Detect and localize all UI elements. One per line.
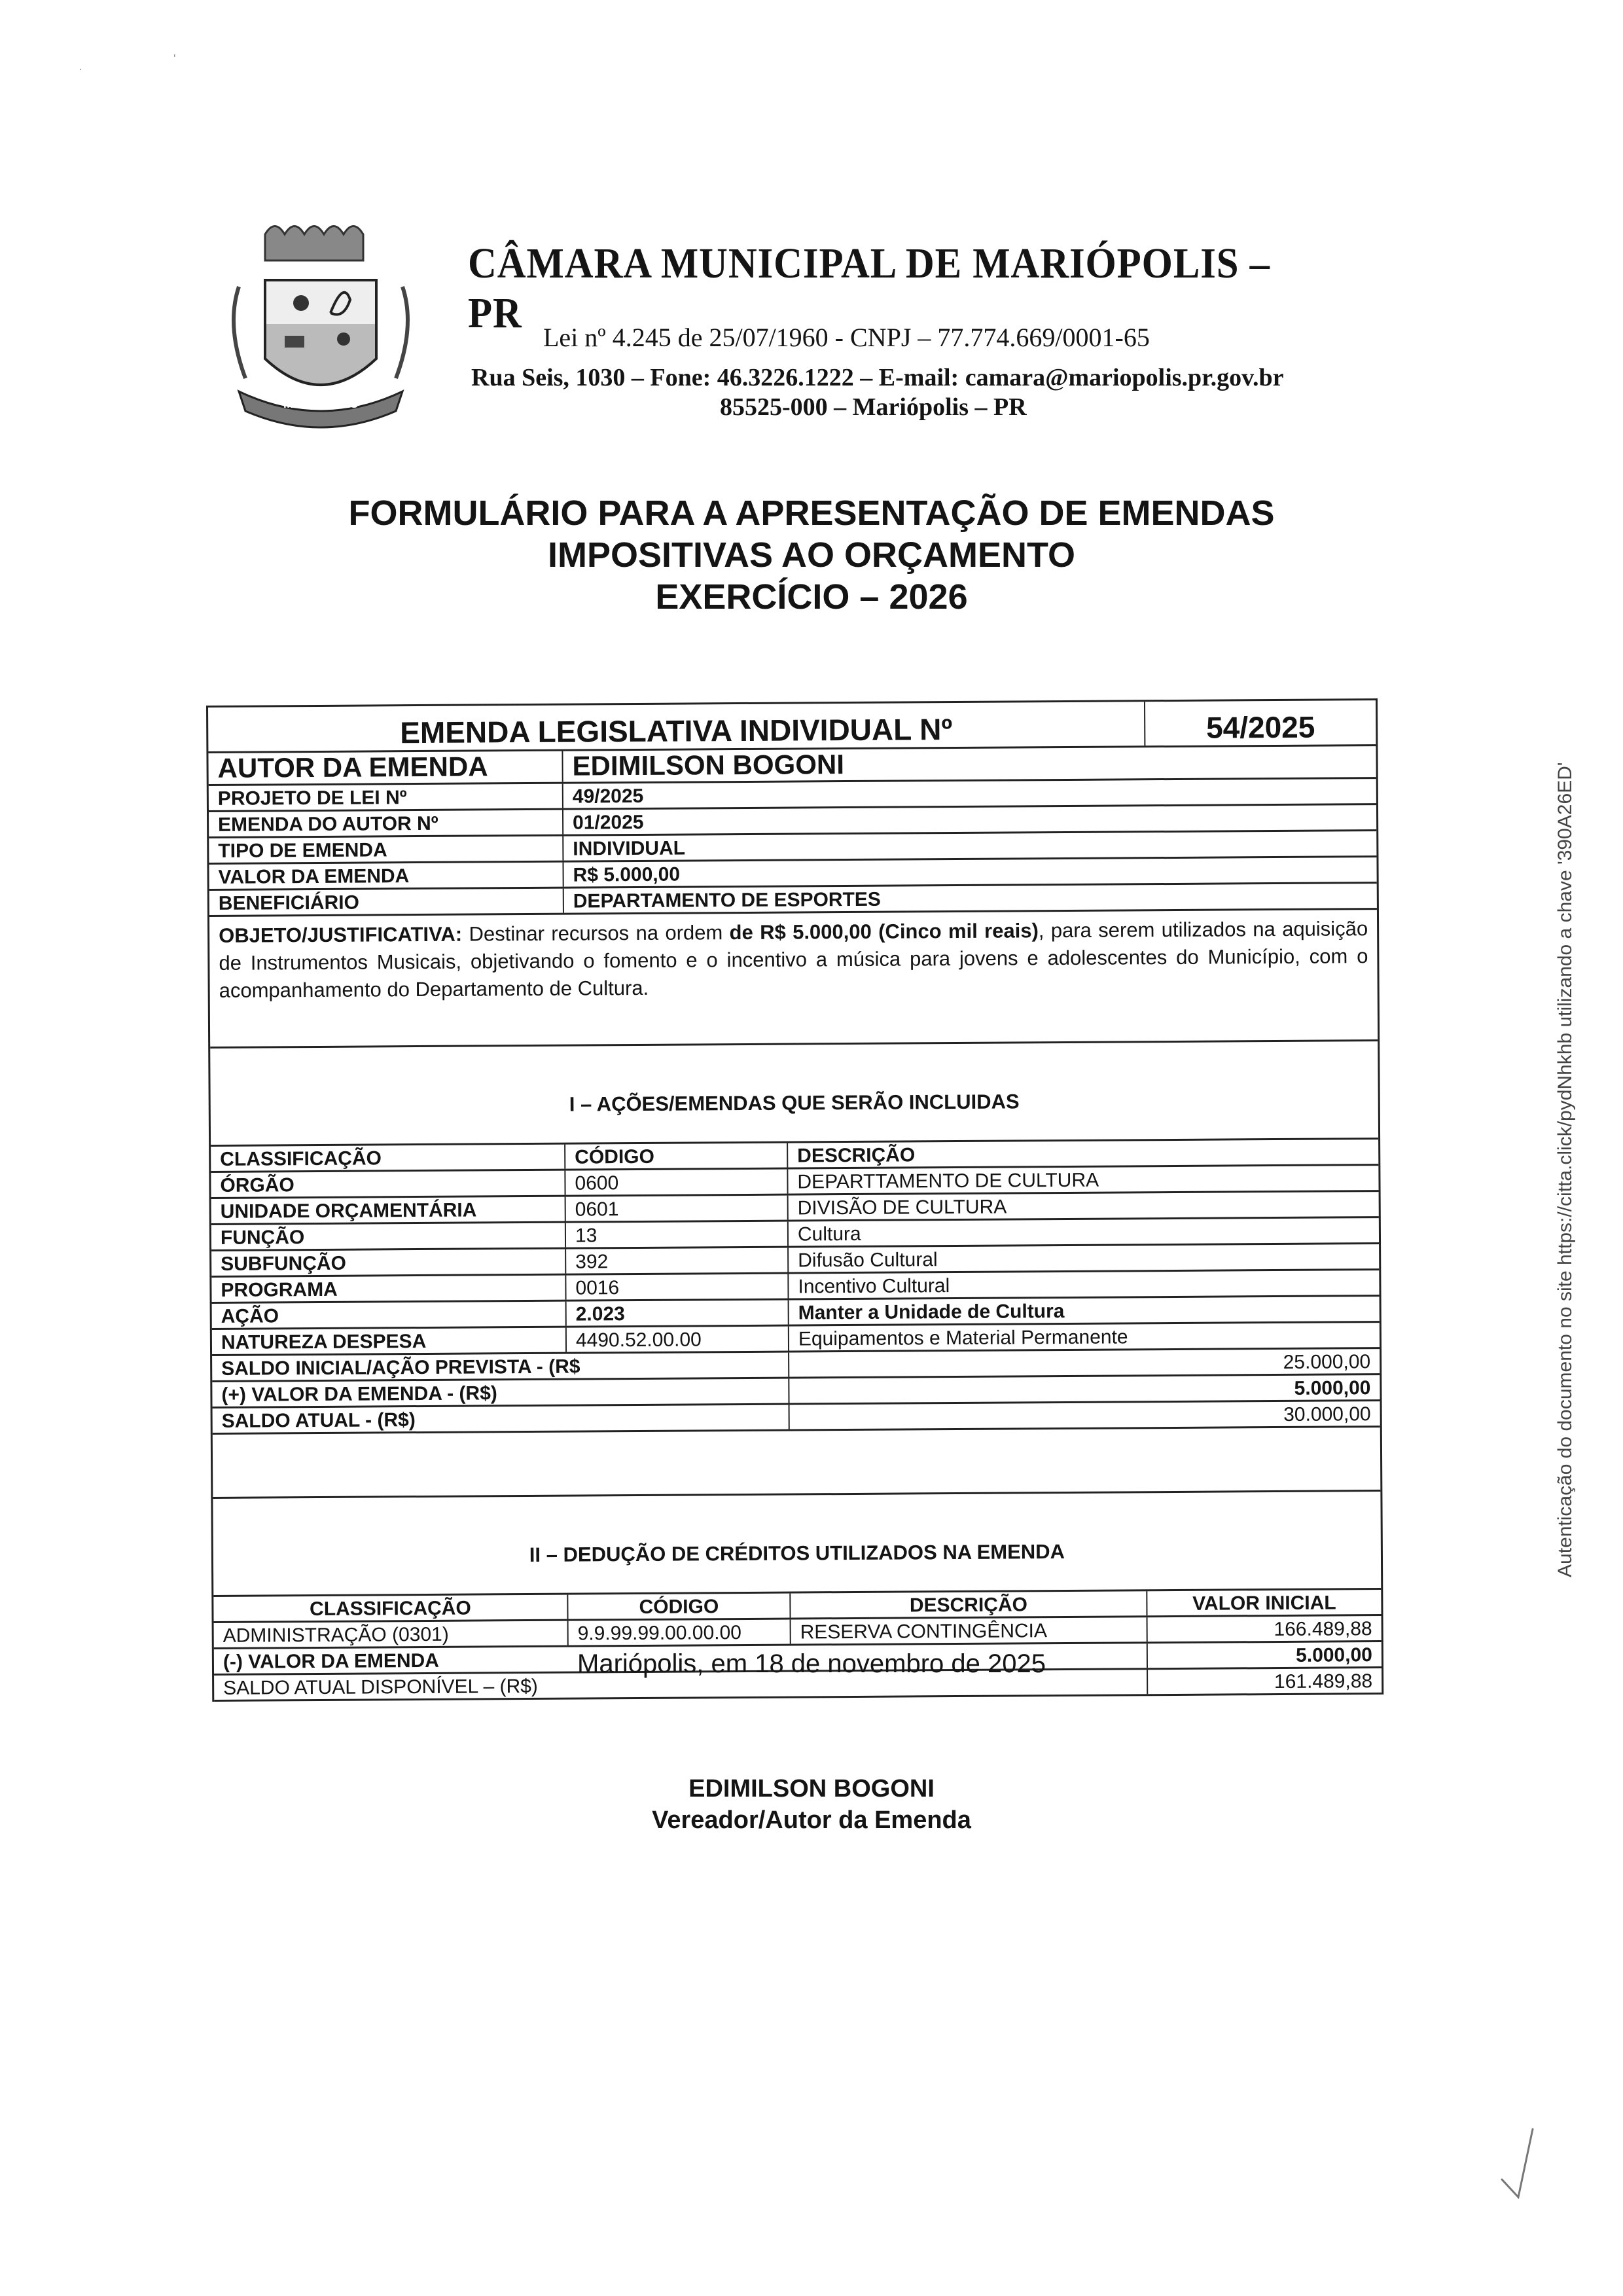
codigo-cell: 392 [565, 1248, 787, 1274]
codigo-cell: 4490.52.00.00 [565, 1327, 788, 1352]
signer-name: EDIMILSON BOGONI [196, 1775, 1427, 1803]
total-value: 25.000,00 [788, 1349, 1380, 1377]
classificacao-cell: ÓRGÃO [211, 1171, 564, 1197]
codigo-cell: 0601 [565, 1196, 787, 1221]
authentication-note: Autenticação do documento no site https:… [1554, 762, 1577, 1577]
letterhead-law-cnpj: Lei nº 4.245 de 25/07/1960 - CNPJ – 77.7… [543, 322, 1150, 353]
info-value: INDIVIDUAL [562, 831, 1376, 861]
info-value: DEPARTAMENTO DE ESPORTES [563, 884, 1377, 913]
section-2-title: II – DEDUÇÃO DE CRÉDITOS UTILIZADOS NA E… [213, 1492, 1381, 1597]
justification-amount: de R$ 5.000,00 (Cinco mil reais) [730, 919, 1039, 944]
section-2-col-valor-inicial: VALOR INICIAL [1146, 1590, 1381, 1615]
section-1-rows: ÓRGÃO0600DEPARTTAMENTO DE CULTURAUNIDADE… [211, 1166, 1380, 1356]
author-label: AUTOR DA EMENDA [208, 751, 562, 784]
codigo-cell: 0600 [564, 1170, 787, 1195]
codigo-cell: 0016 [565, 1274, 787, 1300]
classificacao-cell: FUNÇÃO [211, 1223, 565, 1249]
total-value: 30.000,00 [789, 1401, 1380, 1429]
svg-text:MARIÓPOLIS: MARIÓPOLIS [283, 397, 358, 410]
info-label: VALOR DA EMENDA [209, 863, 562, 889]
section-2-col-descricao: DESCRIÇÃO [789, 1591, 1146, 1617]
scan-speck: · [79, 62, 82, 76]
total-label: (+) VALOR DA EMENDA - (R$) [212, 1379, 788, 1407]
info-value: 49/2025 [562, 779, 1376, 808]
section-1-col-descricao: DESCRIÇÃO [787, 1139, 1378, 1168]
form-title-line-2: IMPOSITIVAS AO ORÇAMENTO [196, 534, 1427, 576]
descricao-cell: Incentivo Cultural [787, 1270, 1379, 1299]
classificacao-cell: PROGRAMA [211, 1276, 565, 1302]
letterhead-address: Rua Seis, 1030 – Fone: 46.3226.1222 – E-… [471, 363, 1283, 392]
section-1-col-classificacao: CLASSIFICAÇÃO [211, 1145, 564, 1171]
municipal-crest-icon: MARIÓPOLIS [226, 208, 416, 434]
section-2-col-classificacao: CLASSIFICAÇÃO [213, 1595, 567, 1621]
section-2-col-codigo: CÓDIGO [567, 1594, 789, 1619]
info-label: TIPO DE EMENDA [209, 836, 562, 863]
amendment-number: 54/2025 [1144, 700, 1376, 745]
info-label: BENEFICIÁRIO [209, 889, 563, 915]
form-title-line-1: FORMULÁRIO PARA A APRESENTAÇÃO DE EMENDA… [196, 492, 1427, 534]
classificacao-cell: UNIDADE ORÇAMENTÁRIA [211, 1197, 565, 1223]
descricao-cell: Difusão Cultural [787, 1244, 1379, 1272]
total-label: SALDO ATUAL - (R$) [213, 1405, 789, 1433]
section-1-col-codigo: CÓDIGO [564, 1143, 787, 1169]
amendment-form-table: EMENDA LEGISLATIVA INDIVIDUAL Nº 54/2025… [206, 698, 1383, 1702]
form-title-line-3: EXERCÍCIO – 2026 [196, 576, 1427, 618]
handwritten-check-mark-icon [1499, 2124, 1538, 2209]
classificacao-cell: NATUREZA DESPESA [212, 1328, 565, 1354]
amendment-header-label: EMENDA LEGISLATIVA INDIVIDUAL Nº [208, 702, 1144, 751]
justification-block: OBJETO/JUSTIFICATIVA: Destinar recursos … [209, 910, 1378, 1049]
scan-speck: ' [173, 52, 175, 66]
signer-role: Vereador/Autor da Emenda [196, 1806, 1427, 1835]
section-1-title: I – AÇÕES/EMENDAS QUE SERÃO INCLUIDAS [210, 1041, 1378, 1147]
author-value: EDIMILSON BOGONI [562, 746, 1376, 782]
classificacao-cell: ADMINISTRAÇÃO (0301) [214, 1621, 567, 1647]
place-and-date: Mariópolis, em 18 de novembro de 2025 [196, 1649, 1427, 1679]
info-value: R$ 5.000,00 [562, 857, 1376, 887]
total-value: 5.000,00 [788, 1375, 1380, 1403]
codigo-cell: 9.9.99.99.00.00.00 [567, 1620, 790, 1645]
section-spacer [213, 1427, 1381, 1499]
total-label: SALDO INICIAL/AÇÃO PREVISTA - (R$ [212, 1353, 788, 1380]
amendment-header-row: EMENDA LEGISLATIVA INDIVIDUAL Nº 54/2025 [208, 700, 1376, 753]
section-1-totals: SALDO INICIAL/AÇÃO PREVISTA - (R$25.000,… [212, 1349, 1380, 1435]
descricao-cell: DIVISÃO DE CULTURA [787, 1192, 1379, 1220]
info-label: PROJETO DE LEI Nº [209, 784, 562, 810]
info-label: EMENDA DO AUTOR Nº [209, 810, 562, 836]
descricao-cell: Manter a Unidade de Cultura [788, 1297, 1380, 1325]
codigo-cell: 13 [565, 1222, 787, 1247]
descricao-cell: DEPARTTAMENTO DE CULTURA [787, 1166, 1378, 1194]
descricao-cell: Equipamentos e Material Permanente [788, 1323, 1380, 1351]
codigo-cell: 2.023 [565, 1300, 788, 1326]
classificacao-cell: AÇÃO [212, 1302, 565, 1328]
info-value: 01/2025 [562, 805, 1376, 834]
justification-text-1: Destinar recursos na ordem [462, 921, 730, 945]
descricao-cell: RESERVA CONTINGÊNCIA [790, 1617, 1147, 1643]
classificacao-cell: SUBFUNÇÃO [211, 1249, 565, 1276]
info-rows: PROJETO DE LEI Nº49/2025EMENDA DO AUTOR … [209, 779, 1377, 917]
justification-label: OBJETO/JUSTIFICATIVA: [219, 923, 462, 947]
valor-cell: 166.489,88 [1147, 1616, 1382, 1641]
form-title: FORMULÁRIO PARA A APRESENTAÇÃO DE EMENDA… [196, 492, 1427, 618]
descricao-cell: Cultura [787, 1218, 1379, 1246]
letterhead-cep: 85525-000 – Mariópolis – PR [720, 393, 1027, 422]
